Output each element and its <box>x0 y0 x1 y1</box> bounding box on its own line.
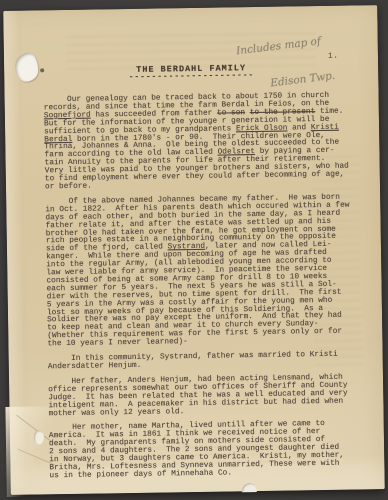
page-number: 1. <box>328 52 339 61</box>
handwritten-note-line-1: Includes map of <box>236 34 332 57</box>
typed-text: mother was only 12 years old. <box>48 408 184 418</box>
document-page: Includes map of Edison Twp. 1. THE BERDA… <box>3 5 385 495</box>
typed-text: the 10 years I never learned)- <box>47 338 187 348</box>
paragraph: Our genealogy can be traced back to abou… <box>44 92 359 192</box>
paragraph: Her father, Anders Henjum, had been acti… <box>48 374 363 418</box>
paper-notch <box>242 483 257 492</box>
typed-body: Our genealogy can be traced back to abou… <box>44 92 364 481</box>
typed-text: us in the pioneer days of Minnehaha Co. <box>49 469 232 480</box>
paragraph: Of the above named Johannes became my fa… <box>45 194 361 349</box>
typed-text: or before. <box>45 183 92 192</box>
paragraph: Her mother, name Martha, lived untill af… <box>49 421 364 481</box>
paragraph: In this community, Systrand, father was … <box>48 351 362 372</box>
typed-text: Andersdatter Henjum. <box>48 362 142 371</box>
scan-backdrop: Includes map of Edison Twp. 1. THE BERDA… <box>0 0 388 500</box>
